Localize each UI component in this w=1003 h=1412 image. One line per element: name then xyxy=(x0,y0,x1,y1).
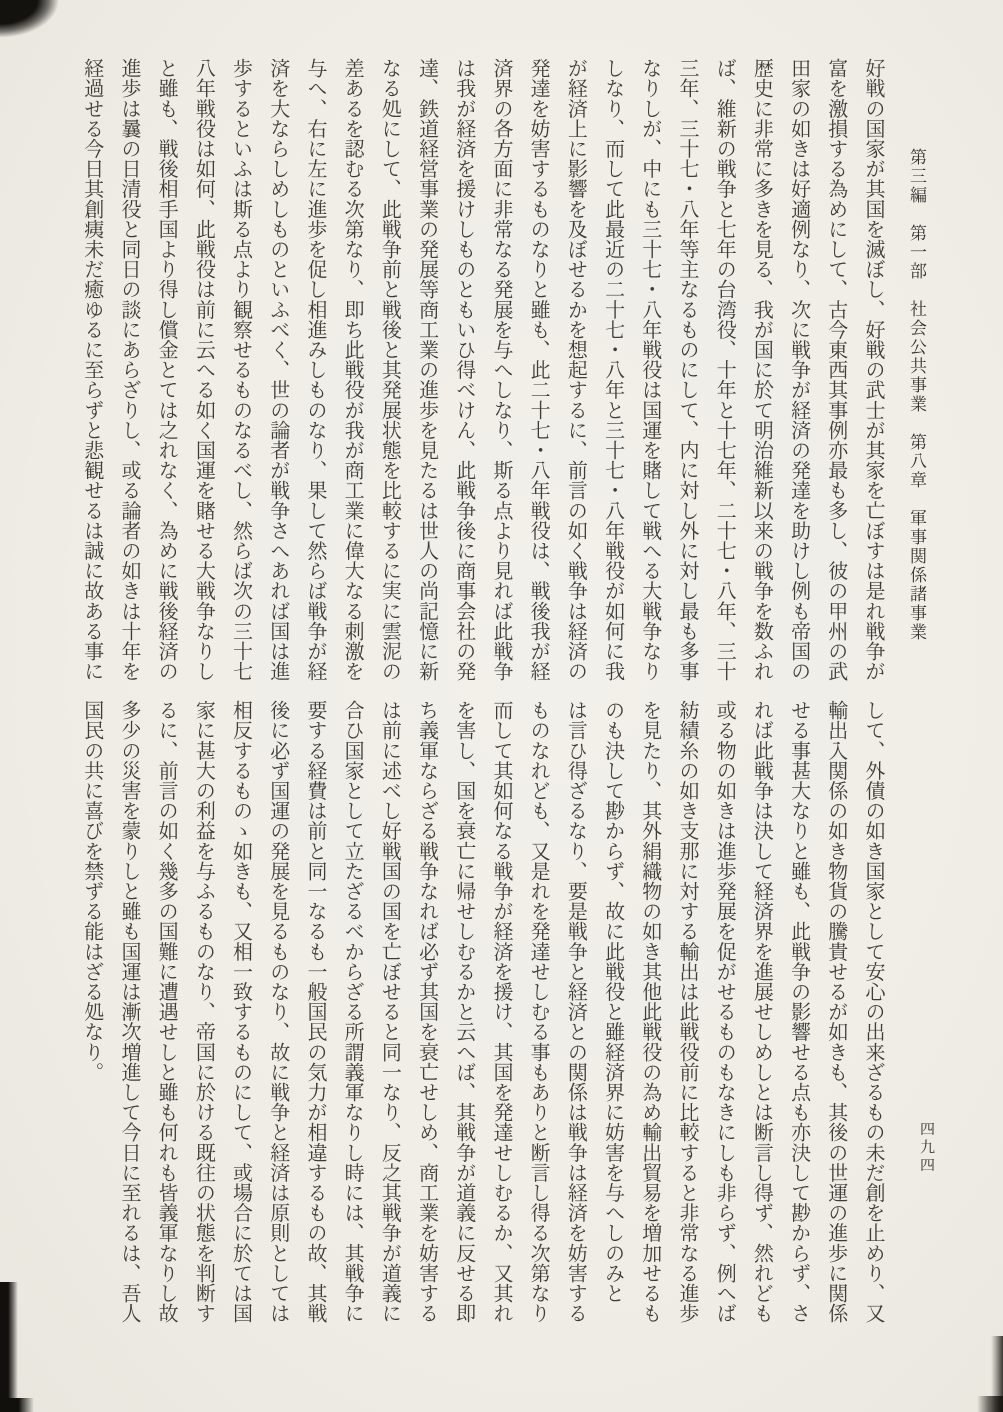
scan-artifact-bottom-right-edge xyxy=(991,1336,1003,1412)
text-column: 家に甚大の利益を与ふるものなり、帝国に於ける既往の状態を判断す xyxy=(185,700,222,1326)
text-column: しなり、而して此最近の二十七・八年と三十七・八年戦役が如何に我 xyxy=(594,58,631,684)
text-column: 済界の各方面に非常なる発展を与へしなり、斯る点より見れば此戦争 xyxy=(483,58,520,684)
text-column: ち義軍ならざる戦争なれば必ず其国を衰亡せしめ、商工業を妨害する xyxy=(408,700,445,1326)
text-column: は前に述べし好戦国の国を亡ぼせると同一なり、反之其戦争が道義に xyxy=(371,700,408,1326)
body-text-block-lower: して、外債の如き国家として安心の出来ざるもの未だ創を止めり、又輸出入関係の如き物… xyxy=(74,700,892,1326)
page-number: 四九四 xyxy=(914,1121,940,1175)
text-column: は我が経済を援けしものともいひ得べけん、此戦争後に商事会社の発 xyxy=(446,58,483,684)
text-column: は言ひ得ざるなり、要是戦争と経済との関係は戦争は経済を妨害する xyxy=(557,700,594,1326)
text-column: 富を激損する為めにして、古今東西其事例亦最も多し、彼の甲州の武 xyxy=(818,58,855,684)
running-head-chapter-title: 第三編 第一部 社会公共事業 第八章 軍事関係諸事業 xyxy=(901,148,931,668)
text-column: 国民の共に喜びを禁ずる能はざる処なり。 xyxy=(74,700,111,1326)
text-column: 与へ、右に左に進歩を促し相進みしものなり、果して然らば戦争が経 xyxy=(297,58,334,684)
text-column: せる事甚大なりと雖も、此戦争の影響せる点も亦決して尠からず、さ xyxy=(780,700,817,1326)
text-column: 発達を妨害するものなりと雖も、此二十七・八年戦役は、戦後我が経 xyxy=(520,58,557,684)
text-column: 八年戦役は如何、此戦役は前に云へる如く国運を賭せる大戦争なりし xyxy=(185,58,222,684)
text-column: 要する経費は前と同一なるも一般国民の気力が相違するもの故、其戦 xyxy=(297,700,334,1326)
text-column: 後に必ず国運の発展を見るものなり、故に戦争と経済は原則としては xyxy=(260,700,297,1326)
text-column: るに、前言の如く幾多の国難に遭遇せしと雖も何れも皆義軍なりし故 xyxy=(148,700,185,1326)
text-column: 好戦の国家が其国を滅ぼし、好戦の武士が其家を亡ぼすは是れ戦争が xyxy=(855,58,892,684)
text-column: ものなれども、又是れを発達せしむる事もありと断言し得る次第なり xyxy=(520,700,557,1326)
text-column: 達、鉄道経営事業の発展等商工業の進歩を見たるは世人の尚記憶に新 xyxy=(408,58,445,684)
text-column: と雖も、戦後相手国より得し償金とては之れなく、為めに戦後経済の xyxy=(148,58,185,684)
text-column: が経済上に影響を及ぼせるかを想起するに、前言の如く戦争は経済の xyxy=(557,58,594,684)
scan-artifact-bottom-right-foot xyxy=(977,1396,1003,1412)
body-text-block-upper: 好戦の国家が其国を滅ぼし、好戦の武士が其家を亡ぼすは是れ戦争が富を激損する為めに… xyxy=(74,58,892,684)
text-column: 輸出入関係の如き物貨の騰貴せるが如きも、其後の世運の進歩に関係 xyxy=(818,700,855,1326)
text-column: 田家の如きは好適例なり、次に戦争が経済の発達を助けし例も帝国の xyxy=(780,58,817,684)
text-column: 相反するものゝ如きも、又相一致するものにして、或場合に於ては国 xyxy=(222,700,259,1326)
scan-artifact-top-left-corner xyxy=(0,0,72,46)
text-column: 歴史に非常に多きを見る、我が国に於て明治維新以来の戦争を数ふれ xyxy=(743,58,780,684)
scanned-book-page: 第三編 第一部 社会公共事業 第八章 軍事関係諸事業 好戦の国家が其国を滅ぼし、… xyxy=(0,0,1003,1412)
scan-artifact-bottom-left-edge xyxy=(0,1282,18,1412)
text-column: のも決して尠からず、故に此戦役と雖経済界に妨害を与へしのみと xyxy=(594,700,631,1326)
text-column: 進歩は曩の日清役と同日の談にあらざりし、或る論者の如きは十年を xyxy=(111,58,148,684)
text-column: 三年、三十七・八年等主なるものにして、内に対し外に対し最も多事 xyxy=(669,58,706,684)
text-column: 多少の災害を蒙りしと雖も国運は漸次増進して今日に至れるは、吾人 xyxy=(111,700,148,1326)
text-column: 或る物の如きは進歩発展を促がせるものもなきにしも非らず、例へば xyxy=(706,700,743,1326)
scan-artifact-bottom-left-foot xyxy=(0,1398,34,1412)
text-column: 而して其如何なる戦争が経済を援け、其国を発達せしむるか、又其れ xyxy=(483,700,520,1326)
text-column: 済を大ならしめしものといふべく、世の論者が戦争さへあれば国は進 xyxy=(260,58,297,684)
text-column: なる処にして、此戦争前と戦後と其発展状態を比較するに実に雲泥の xyxy=(371,58,408,684)
text-column: れば此戦争は決して経済界を進展せしめしとは断言し得ず、然れども xyxy=(743,700,780,1326)
text-column: 差あるを認むる次第なり、即ち此戦役が我が商工業に偉大なる刺激を xyxy=(334,58,371,684)
text-column: を見たり、其外絹織物の如き其他此戦役の為め輸出貿易を増加せるも xyxy=(632,700,669,1326)
text-column: なりしが、中にも三十七・八年戦役は国運を賭して戦へる大戦争なり xyxy=(632,58,669,684)
text-column: ば、維新の戦争と七年の台湾役、十年と十七年、二十七・八年、三十 xyxy=(706,58,743,684)
text-column: 歩するといふは斯る点より観察せるものなるべし、然らば次の三十七 xyxy=(222,58,259,684)
text-column: を害し、国を衰亡に帰せしむるかと云へば、其戦争が道義に反せる即 xyxy=(446,700,483,1326)
text-column: 紡績糸の如き支那に対する輸出は此戦役前に比較すると非常なる進歩 xyxy=(669,700,706,1326)
text-column: して、外債の如き国家として安心の出来ざるもの未だ創を止めり、又 xyxy=(855,700,892,1326)
text-column: 経過せる今日其創痍未だ癒ゆるに至らずと悲観せるは誠に故ある事に xyxy=(74,58,111,684)
text-column: 合ひ国家として立たざるべからざる所謂義軍なりし時には、其戦争に xyxy=(334,700,371,1326)
